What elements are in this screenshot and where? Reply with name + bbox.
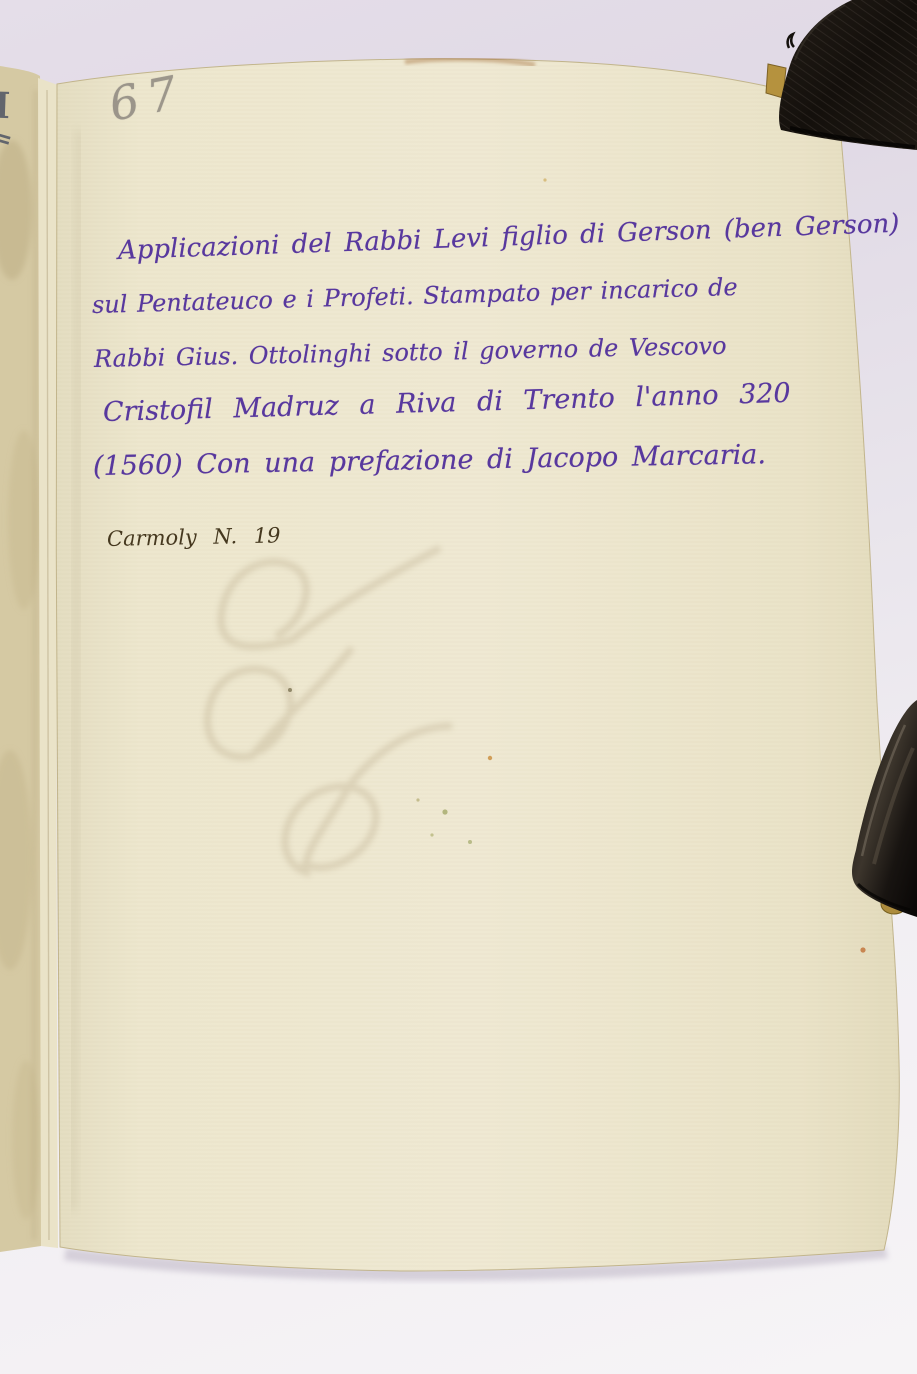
spine-mark: I = (0, 88, 12, 151)
ribbon-strap-top (779, 0, 917, 150)
book-artwork (0, 0, 917, 1374)
manuscript-photo: 67 I = Applicazioni del Rabbi Levi figli… (0, 0, 917, 1374)
catalog-reference-note: Carmoly N. 19 (107, 523, 281, 551)
spine-mark-glyph: I (0, 88, 12, 125)
